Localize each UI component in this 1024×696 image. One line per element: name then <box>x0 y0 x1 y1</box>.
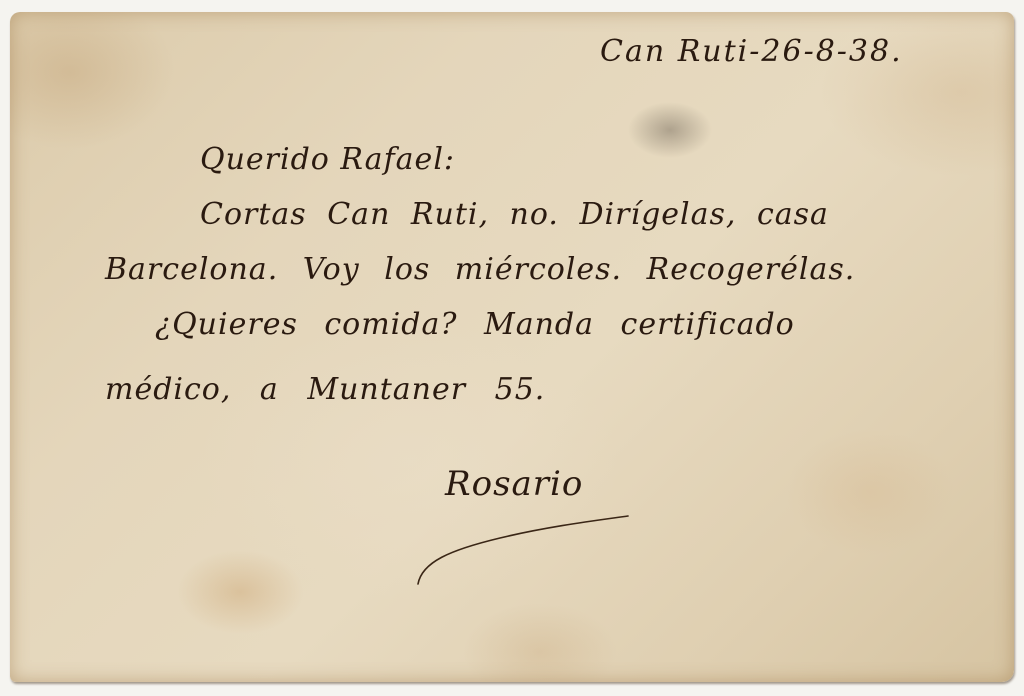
signature-flourish-icon <box>410 492 640 592</box>
greeting: Querido Rafael: <box>200 142 455 177</box>
body-line-4: médico, a Muntaner 55. <box>105 372 545 407</box>
body-line-2: Barcelona. Voy los miércoles. Recogeréla… <box>105 252 855 287</box>
body-line-3: ¿Quieres comida? Manda certificado <box>155 307 795 342</box>
date-line: Can Ruti-26-8-38. <box>600 34 903 69</box>
body-line-1: Cortas Can Ruti, no. Dirígelas, casa <box>200 197 829 232</box>
scan-background: Can Ruti-26-8-38. Querido Rafael: Cortas… <box>0 0 1024 696</box>
postcard: Can Ruti-26-8-38. Querido Rafael: Cortas… <box>10 12 1014 682</box>
